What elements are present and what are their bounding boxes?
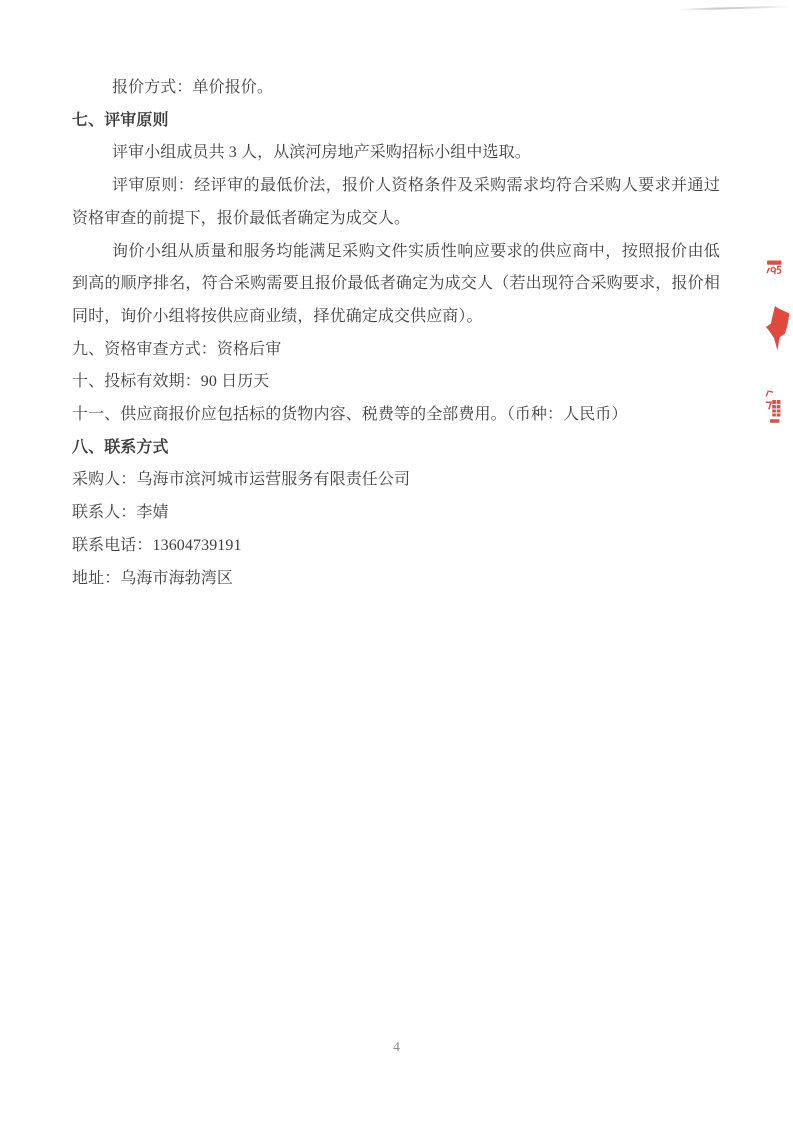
section-heading-evaluation-principles: 七、评审原则 [72,105,720,138]
section-heading-contact: 八、联系方式 [72,432,720,465]
price-inclusion-line: 十一、供应商报价应包括标的货物内容、税费等的全部费用。（币种：人民币） [72,399,720,432]
red-seal-fragment-middle [766,306,790,351]
qualification-review-line: 九、资格审查方式：资格后审 [72,334,720,367]
page-number: 4 [393,1040,400,1055]
document-page: 报价方式：单价报价。 七、评审原则 评审小组成员共 3 人，从滨河房地产采购招标… [0,0,793,1123]
inquiry-group-paragraph: 询价小组从质量和服务均能满足采购文件实质性响应要求的供应商中，按照报价由低到高的… [72,236,720,334]
page-footer: 4 [0,1040,793,1056]
address-line: 地址：乌海市海勃湾区 [72,563,720,596]
evaluation-team-line: 评审小组成员共 3 人，从滨河房地产采购招标小组中选取。 [72,137,720,170]
bid-validity-line: 十、投标有效期：90 日历天 [72,366,720,399]
quote-method-line: 报价方式：单价报价。 [72,72,720,105]
purchaser-line: 采购人：乌海市滨河城市运营服务有限责任公司 [72,464,720,497]
document-body: 报价方式：单价报价。 七、评审原则 评审小组成员共 3 人，从滨河房地产采购招标… [72,72,720,595]
scan-artifact-line [678,5,792,10]
red-seal-fragment-bottom [766,391,781,423]
evaluation-principle-paragraph: 评审原则：经评审的最低价法，报价人资格条件及采购需求均符合采购人要求并通过资格审… [72,170,720,235]
red-seal-fragments [758,250,793,425]
red-seal-fragment-top [767,261,782,275]
contact-person-line: 联系人：李婧 [72,497,720,530]
contact-phone-line: 联系电话：13604739191 [72,530,720,563]
